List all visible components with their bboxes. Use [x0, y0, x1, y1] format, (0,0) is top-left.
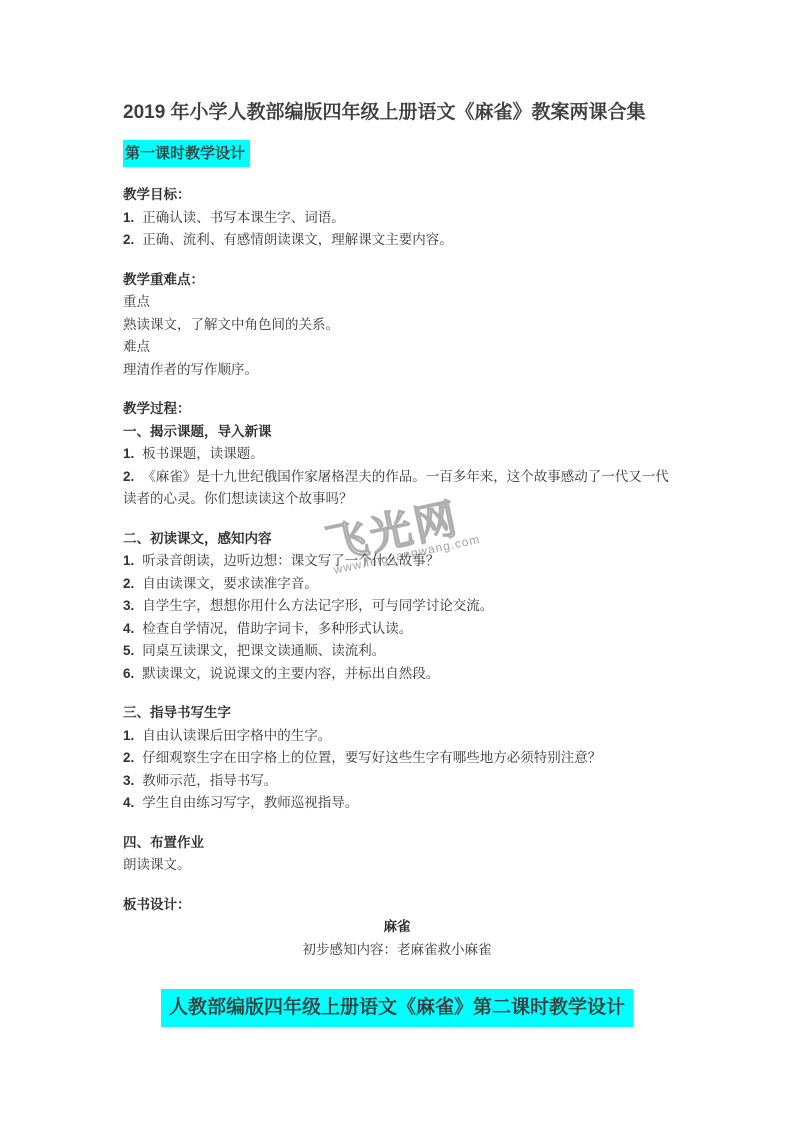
- list-number: 1.: [123, 553, 134, 568]
- process-item: 2.自由读课文，要求读准字音。: [123, 573, 671, 596]
- process-part4-heading: 四、布置作业: [123, 832, 671, 855]
- lesson2-heading-highlight: 人教部编版四年级上册语文《麻雀》第二课时教学设计: [161, 989, 633, 1027]
- key-points-line: 重点: [123, 291, 671, 314]
- process-item: 1.听录音朗读，边听边想：课文写了一个什么故事？: [123, 550, 671, 573]
- list-text: 《麻雀》是十九世纪俄国作家屠格涅夫的作品。一百多年来，这个故事感动了一代又一代读…: [123, 469, 669, 507]
- list-text: 听录音朗读，边听边想：课文写了一个什么故事？: [142, 553, 439, 568]
- list-text: 自由认读课后田字格中的生字。: [142, 728, 331, 743]
- process-item: 1.板书课题，读课题。: [123, 443, 671, 466]
- list-number: 2.: [123, 232, 134, 247]
- list-number: 1.: [123, 210, 134, 225]
- list-number: 5.: [123, 643, 134, 658]
- list-text: 同桌互读课文，把课文读通顺、读流利。: [142, 643, 385, 658]
- list-text: 自由读课文，要求读准字音。: [142, 576, 318, 591]
- list-number: 1.: [123, 728, 134, 743]
- list-text: 正确、流利、有感情朗读课文，理解课文主要内容。: [142, 232, 453, 247]
- process-item: 6.默读课文，说说课文的主要内容，并标出自然段。: [123, 663, 671, 686]
- key-points-line: 熟读课文，了解文中角色间的关系。: [123, 314, 671, 337]
- process-item: 2.《麻雀》是十九世纪俄国作家屠格涅夫的作品。一百多年来，这个故事感动了一代又一…: [123, 466, 671, 511]
- list-number: 3.: [123, 598, 134, 613]
- process-item: 2.仔细观察生字在田字格上的位置，要写好这些生字有哪些地方必须特别注意？: [123, 747, 671, 770]
- section-process-part4: 四、布置作业 朗读课文。: [123, 832, 671, 877]
- document-page: 飞光网 www.feiguangwang.com 2019 年小学人教部编版四年…: [0, 0, 793, 1122]
- list-text: 自学生字，想想你用什么方法记字形，可与同学讨论交流。: [142, 598, 493, 613]
- list-number: 4.: [123, 795, 134, 810]
- document-title: 2019 年小学人教部编版四年级上册语文《麻雀》教案两课合集: [123, 100, 671, 125]
- process-label: 教学过程：: [123, 398, 671, 421]
- board-design-content: 初步感知内容：老麻雀救小麻雀: [123, 939, 671, 962]
- list-number: 1.: [123, 446, 134, 461]
- list-number: 3.: [123, 773, 134, 788]
- list-text: 正确认读、书写本课生字、词语。: [142, 210, 345, 225]
- list-text: 板书课题，读课题。: [142, 446, 264, 461]
- list-text: 默读课文，说说课文的主要内容，并标出自然段。: [142, 666, 439, 681]
- board-design-title: 麻雀: [123, 916, 671, 939]
- list-text: 仔细观察生字在田字格上的位置，要写好这些生字有哪些地方必须特别注意？: [142, 750, 601, 765]
- process-item: 4.检查自学情况，借助字词卡，多种形式认读。: [123, 618, 671, 641]
- key-points-label: 教学重难点：: [123, 269, 671, 292]
- homework-text: 朗读课文。: [123, 854, 671, 877]
- process-part3-heading: 三、指导书写生字: [123, 702, 671, 725]
- lesson1-heading-highlight: 第一课时教学设计: [123, 140, 250, 167]
- goals-label: 教学目标：: [123, 184, 671, 207]
- key-points-line: 难点: [123, 336, 671, 359]
- board-design-label: 板书设计：: [123, 894, 671, 917]
- section-goals: 教学目标： 1.正确认读、书写本课生字、词语。 2.正确、流利、有感情朗读课文，…: [123, 184, 671, 252]
- process-item: 3.教师示范，指导书写。: [123, 770, 671, 793]
- key-points-line: 理清作者的写作顺序。: [123, 359, 671, 382]
- list-number: 2.: [123, 469, 134, 484]
- section-key-points: 教学重难点： 重点 熟读课文，了解文中角色间的关系。 难点 理清作者的写作顺序。: [123, 269, 671, 382]
- lesson1-heading-row: 第一课时教学设计: [123, 125, 671, 167]
- section-process-part3: 三、指导书写生字 1.自由认读课后田字格中的生字。 2.仔细观察生字在田字格上的…: [123, 702, 671, 815]
- list-number: 2.: [123, 576, 134, 591]
- process-item: 5.同桌互读课文，把课文读通顺、读流利。: [123, 640, 671, 663]
- section-board-design: 板书设计： 麻雀 初步感知内容：老麻雀救小麻雀: [123, 894, 671, 962]
- list-number: 6.: [123, 666, 134, 681]
- process-item: 1.自由认读课后田字格中的生字。: [123, 725, 671, 748]
- process-part1-heading: 一、揭示课题，导入新课: [123, 421, 671, 444]
- process-part2-heading: 二、初读课文，感知内容: [123, 528, 671, 551]
- list-text: 教师示范，指导书写。: [142, 773, 277, 788]
- document-content: 2019 年小学人教部编版四年级上册语文《麻雀》教案两课合集 第一课时教学设计 …: [0, 0, 793, 1027]
- process-item: 4.学生自由练习写字，教师巡视指导。: [123, 792, 671, 815]
- list-number: 2.: [123, 750, 134, 765]
- goals-item: 2.正确、流利、有感情朗读课文，理解课文主要内容。: [123, 229, 671, 252]
- section-process-part2: 二、初读课文，感知内容 1.听录音朗读，边听边想：课文写了一个什么故事？ 2.自…: [123, 528, 671, 686]
- list-text: 检查自学情况，借助字词卡，多种形式认读。: [142, 621, 412, 636]
- lesson2-heading-row: 人教部编版四年级上册语文《麻雀》第二课时教学设计: [123, 989, 671, 1027]
- section-process: 教学过程： 一、揭示课题，导入新课 1.板书课题，读课题。 2.《麻雀》是十九世…: [123, 398, 671, 511]
- process-item: 3.自学生字，想想你用什么方法记字形，可与同学讨论交流。: [123, 595, 671, 618]
- list-number: 4.: [123, 621, 134, 636]
- goals-item: 1.正确认读、书写本课生字、词语。: [123, 207, 671, 230]
- list-text: 学生自由练习写字，教师巡视指导。: [142, 795, 358, 810]
